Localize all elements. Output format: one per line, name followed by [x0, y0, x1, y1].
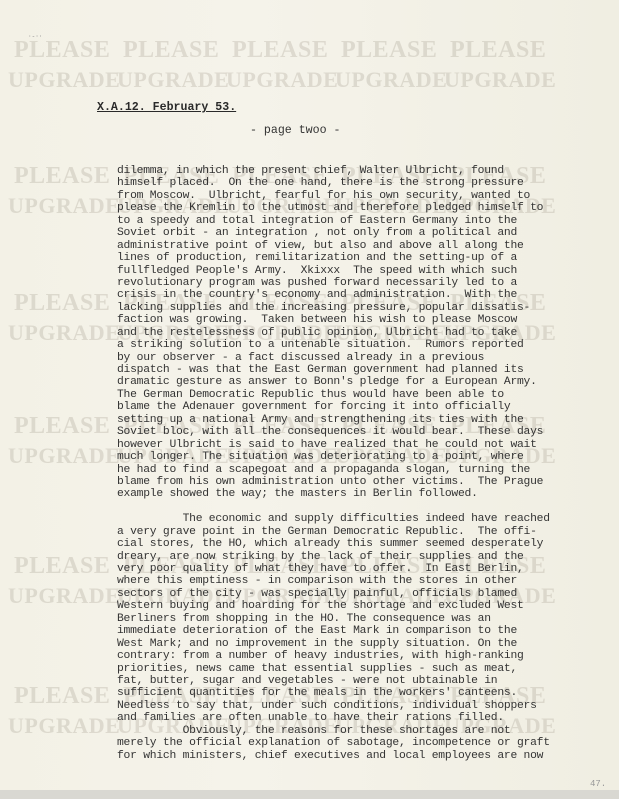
text-line: Western buying and hoarding for the shor… [117, 600, 619, 612]
text-line: by our observer - a fact discussed alrea… [117, 352, 619, 364]
watermark-word: PLEASE [232, 37, 341, 64]
watermark-word: PLEASE [14, 413, 123, 440]
watermark-word: PLEASE [14, 290, 123, 317]
text-line: he had to find a scapegoat and a propaga… [117, 464, 619, 476]
text-line: and families are often unable to have th… [117, 712, 619, 724]
text-line: for which ministers, chief executives an… [117, 750, 619, 762]
text-line: a very grave point in the German Democra… [117, 526, 619, 538]
watermark-row: UPGRADEUPGRADEUPGRADEUPGRADEUPGRADE [8, 67, 619, 93]
page-number: 47. [590, 779, 606, 789]
watermark-word: UPGRADE [8, 193, 117, 219]
text-line: Soviet orbit - an integration , not only… [117, 227, 619, 239]
document-body: dilemma, in which the present chief, Wal… [117, 165, 619, 762]
document-reference: X.A.12. February 53. [97, 101, 236, 114]
text-line: cial stores, the HO, which already this … [117, 538, 619, 550]
watermark-word: UPGRADE [226, 67, 335, 93]
text-line: sufficient quantities for the meals in t… [117, 687, 619, 699]
watermark-word: UPGRADE [335, 67, 444, 93]
text-line: dreary, are now striking by the lack of … [117, 551, 619, 563]
text-line: Soviet bloc, with all the consequences i… [117, 426, 619, 438]
text-line: dispatch - was that the East German gove… [117, 364, 619, 376]
text-line: example showed the way; the masters in B… [117, 488, 619, 500]
page-label: - page twoo - [250, 124, 340, 137]
text-line: himself placed. On the one hand, there i… [117, 177, 619, 189]
text-line: administrative point of view, but also a… [117, 240, 619, 252]
watermark-word: PLEASE [450, 37, 559, 64]
watermark-word: UPGRADE [8, 713, 117, 739]
text-line: fullfledged People's Army. Xkixxx The sp… [117, 265, 619, 277]
scan-mark: ·-·· [28, 33, 42, 40]
text-line: blame from his own administration unto o… [117, 476, 619, 488]
text-line: lacking supplies and the increasing pres… [117, 302, 619, 314]
scan-border [0, 790, 619, 799]
text-line: contrary: from a number of heavy industr… [117, 650, 619, 662]
watermark-row: PLEASEPLEASEPLEASEPLEASEPLEASE [14, 37, 619, 64]
watermark-word: PLEASE [123, 37, 232, 64]
text-line: The economic and supply difficulties ind… [117, 513, 619, 525]
text-line: dramatic gesture as answer to Bonn's ple… [117, 376, 619, 388]
text-line: merely the official explanation of sabot… [117, 737, 619, 749]
text-line: where this emptiness - in comparison wit… [117, 575, 619, 587]
text-line: lines of production, remilitarization an… [117, 252, 619, 264]
watermark-word: PLEASE [14, 163, 123, 190]
text-line: a striking solution to a untenable situa… [117, 339, 619, 351]
text-line: sectors of the city - was specially pain… [117, 588, 619, 600]
text-line: Obviously, the reasons for these shortag… [117, 725, 619, 737]
text-line: Needless to say that, under such conditi… [117, 700, 619, 712]
text-line: and the restelessness of public opinion,… [117, 327, 619, 339]
watermark-word: PLEASE [14, 37, 123, 64]
text-line: revolutionary program was pushed forward… [117, 277, 619, 289]
watermark-word: PLEASE [14, 553, 123, 580]
text-line: however Ulbricht is said to have realize… [117, 439, 619, 451]
watermark-word: UPGRADE [444, 67, 553, 93]
document-page: ·-·· PLEASEPLEASEPLEASEPLEASEPLEASEUPGRA… [0, 0, 619, 790]
watermark-word: UPGRADE [8, 320, 117, 346]
text-line: blame the Adenauer government for forcin… [117, 401, 619, 413]
watermark-word: PLEASE [14, 683, 123, 710]
watermark-word: UPGRADE [8, 583, 117, 609]
text-line: faction was growing. Taken between his w… [117, 314, 619, 326]
text-line: to a speedy and total integration of Eas… [117, 215, 619, 227]
text-line: very poor quality of what they have to o… [117, 563, 619, 575]
text-line: West Mark; and no improvement in the sup… [117, 638, 619, 650]
text-line: much longer. The situation was deteriora… [117, 451, 619, 463]
text-line: from Moscow. Ulbricht, fearful for his o… [117, 190, 619, 202]
text-line [117, 501, 619, 513]
text-line: dilemma, in which the present chief, Wal… [117, 165, 619, 177]
watermark-word: UPGRADE [8, 67, 117, 93]
text-line: Berliners from shopping in the HO. The c… [117, 613, 619, 625]
text-line: immediate deterioration of the East Mark… [117, 625, 619, 637]
watermark-word: UPGRADE [8, 443, 117, 469]
text-line: priorities, news came that essential sup… [117, 663, 619, 675]
text-line: please the Kremlin to the utmost and the… [117, 202, 619, 214]
watermark-word: PLEASE [341, 37, 450, 64]
text-line: setting up a national Army and strengthe… [117, 414, 619, 426]
text-line: crisis in the country's economy and admi… [117, 289, 619, 301]
text-line: fat, butter, sugar and vegetables - were… [117, 675, 619, 687]
text-line: The German Democratic Republic thus woul… [117, 389, 619, 401]
watermark-word: UPGRADE [117, 67, 226, 93]
